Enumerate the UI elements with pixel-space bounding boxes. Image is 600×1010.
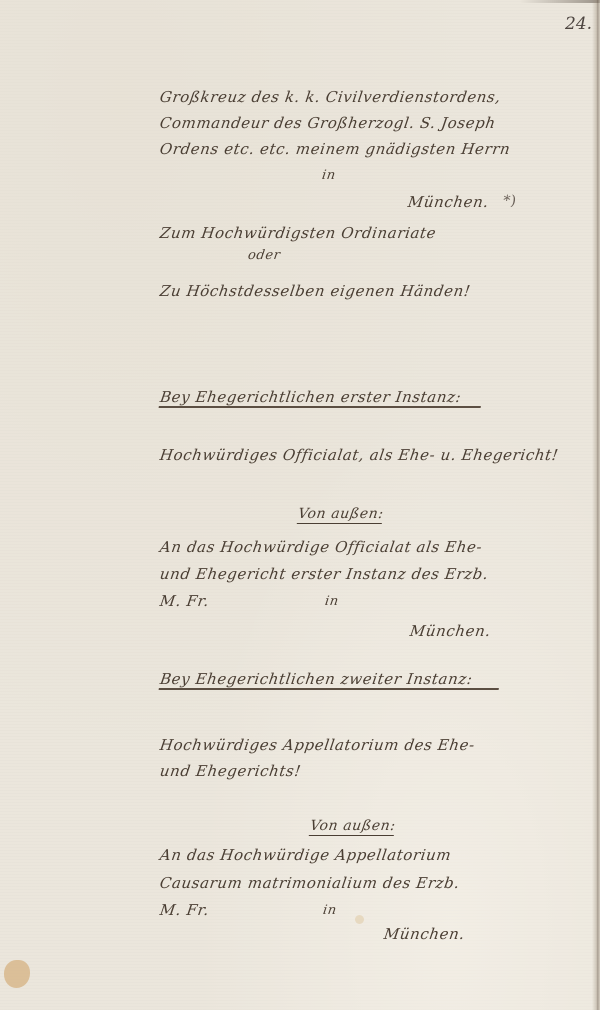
salutation-line-1: Zum Hochwürdigsten Ordinariate [159,224,438,242]
first-instance-address-line-2: und Ehegericht erster Instanz des Erzb. [159,565,490,583]
second-instance-salutation-line-1: Hochwürdiges Appellatorium des Ehe- [159,736,476,754]
paper-spot [355,915,364,924]
first-instance-address-in: in [324,594,340,609]
salutation-line-2: Zu Höchstdesselben eigenen Händen! [159,282,472,300]
first-instance-address-line-3: M. Fr. [159,592,211,610]
first-instance-salutation: Hochwürdiges Officialat, als Ehe- u. Ehe… [159,446,560,464]
page-top-edge [520,0,600,3]
first-instance-address-city: München. [409,622,492,640]
second-instance-address-city: München. [383,925,466,943]
first-instance-address-line-1: An das Hochwürdige Officialat als Ehe- [159,538,484,556]
section-heading-first-instance: Bey Ehegerichtlichen erster Instanz: [159,388,484,408]
address-line-3: Ordens etc. etc. meinem gnädigsten Herrn [159,140,512,158]
first-instance-outside-label: Von außen: [297,506,385,524]
address-in: in [321,168,337,183]
section-heading-second-instance: Bey Ehegerichtlichen zweiter Instanz: [159,670,502,690]
second-instance-address-line-3: M. Fr. [159,901,211,919]
address-city: München. [407,193,490,211]
paper-stain [4,960,30,988]
footnote-mark: *) [502,193,518,209]
second-instance-outside-label: Von außen: [309,818,397,836]
second-instance-salutation-line-2: und Ehegerichts! [159,762,303,780]
second-instance-address-line-2: Causarum matrimonialium des Erzb. [159,874,461,892]
address-line-2: Commandeur des Großherzogl. S. Joseph [159,114,497,132]
page-binding-edge [592,0,600,1010]
manuscript-page: 24. Großkreuz des k. k. Civilverdienstor… [0,0,600,1010]
page-number: 24. [565,14,592,34]
second-instance-address-line-1: An das Hochwürdige Appellatorium [159,846,453,864]
salutation-or: oder [247,248,282,263]
second-instance-address-in: in [322,903,338,918]
address-line-1: Großkreuz des k. k. Civilverdienstordens… [159,88,502,106]
